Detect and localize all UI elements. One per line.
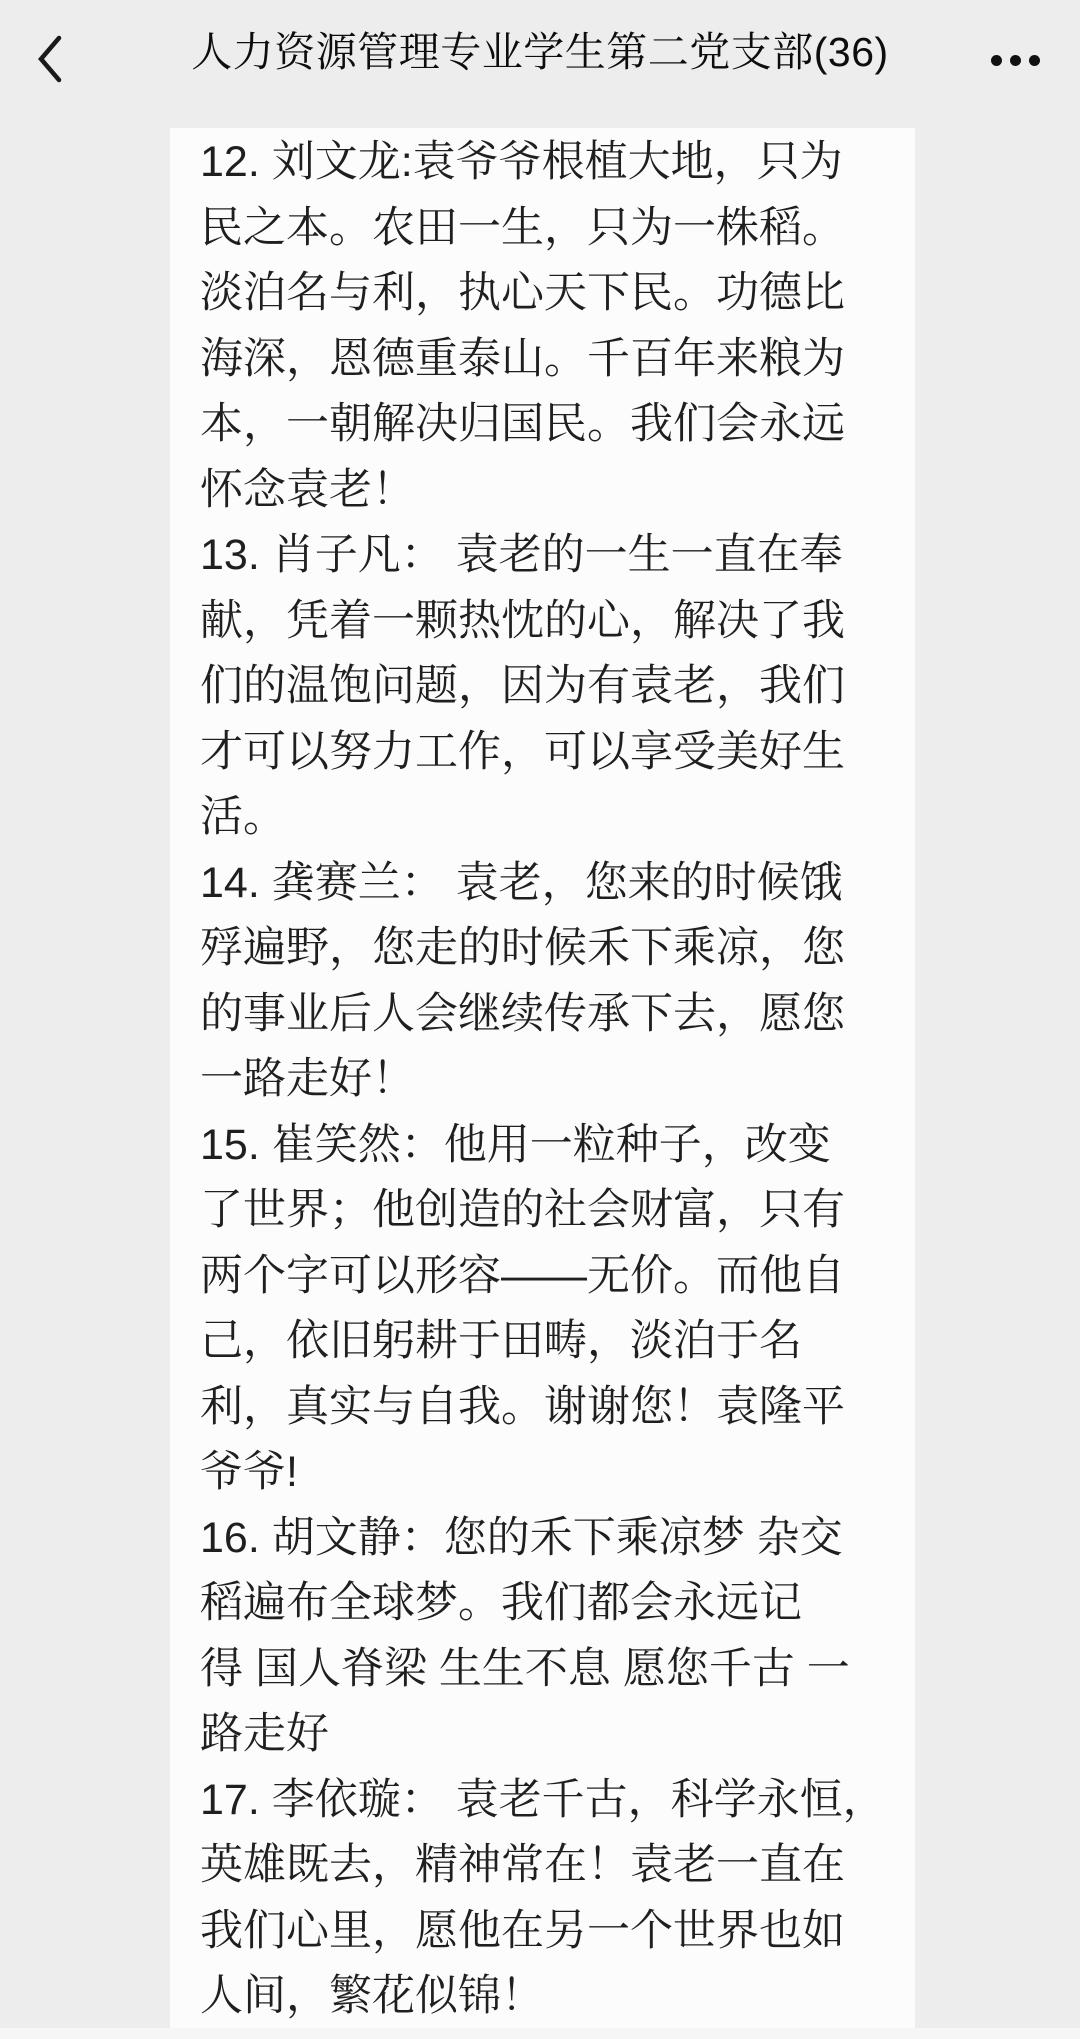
text-line: 本，一朝解决归国民。我们会永远 xyxy=(200,392,903,458)
text-line: 17. 李依璇： 袁老千古，科学永恒， xyxy=(200,1768,903,1834)
text-line: 己，依旧躬耕于田畴，淡泊于名 xyxy=(200,1309,903,1375)
ellipsis-icon xyxy=(1029,55,1040,66)
text-line: 的事业后人会继续传承下去，愿您 xyxy=(200,982,903,1048)
text-line: 稻遍布全球梦。我们都会永远记 xyxy=(200,1571,903,1637)
bottom-strip xyxy=(0,2028,1080,2039)
text-line: 一路走好！ xyxy=(200,1047,903,1113)
ellipsis-icon xyxy=(1010,55,1021,66)
shared-text-image[interactable]: 12. 刘文龙:袁爷爷根植大地，只为民之本。农田一生，只为一株稻。淡泊名与利，执… xyxy=(170,128,915,2029)
text-line: 民之本。农田一生，只为一株稻。 xyxy=(200,196,903,262)
text-line: 两个字可以形容——无价。而他自 xyxy=(200,1244,903,1310)
chat-header: 人力资源管理专业学生第二党支部(36) xyxy=(0,0,1080,96)
text-line: 14. 龚赛兰： 袁老，您来的时候饿 xyxy=(200,851,903,917)
text-line: 淡泊名与利，执心天下民。功德比 xyxy=(200,261,903,327)
text-line: 利，真实与自我。谢谢您！袁隆平 xyxy=(200,1375,903,1441)
text-line: 15. 崔笑然：他用一粒种子，改变 xyxy=(200,1113,903,1179)
text-line: 英雄既去，精神常在！袁老一直在 xyxy=(200,1833,903,1899)
text-line: 13. 肖子凡： 袁老的一生一直在奉 xyxy=(200,523,903,589)
chevron-left-icon xyxy=(37,35,63,86)
text-line: 海深，恩德重泰山。千百年来粮为 xyxy=(200,327,903,393)
text-line: 路走好 xyxy=(200,1702,903,1768)
chat-message-area: 12. 刘文龙:袁爷爷根植大地，只为民之本。农田一生，只为一株稻。淡泊名与利，执… xyxy=(0,96,1080,2029)
text-line: 我们心里，愿他在另一个世界也如 xyxy=(200,1899,903,1965)
ellipsis-icon xyxy=(991,55,1002,66)
text-line: 们的温饱问题，因为有袁老，我们 xyxy=(200,654,903,720)
text-line: 才可以努力工作，可以享受美好生 xyxy=(200,720,903,786)
text-line: 献，凭着一颗热忱的心，解决了我 xyxy=(200,589,903,655)
text-line: 爷爷! xyxy=(200,1440,903,1506)
back-button[interactable] xyxy=(24,26,76,94)
more-button[interactable] xyxy=(991,30,1040,90)
text-line: 殍遍野，您走的时候禾下乘凉，您 xyxy=(200,916,903,982)
text-line: 得 国人脊梁 生生不息 愿您千古 一 xyxy=(200,1637,903,1703)
chat-title: 人力资源管理专业学生第二党支部(36) xyxy=(191,19,888,78)
text-line: 活。 xyxy=(200,785,903,851)
text-line: 16. 胡文静：您的禾下乘凉梦 杂交 xyxy=(200,1506,903,1572)
text-line: 人间，繁花似锦！ xyxy=(200,1964,903,2029)
text-line: 12. 刘文龙:袁爷爷根植大地，只为 xyxy=(200,130,903,196)
text-line: 了世界；他创造的社会财富，只有 xyxy=(200,1178,903,1244)
text-line: 怀念袁老！ xyxy=(200,458,903,524)
